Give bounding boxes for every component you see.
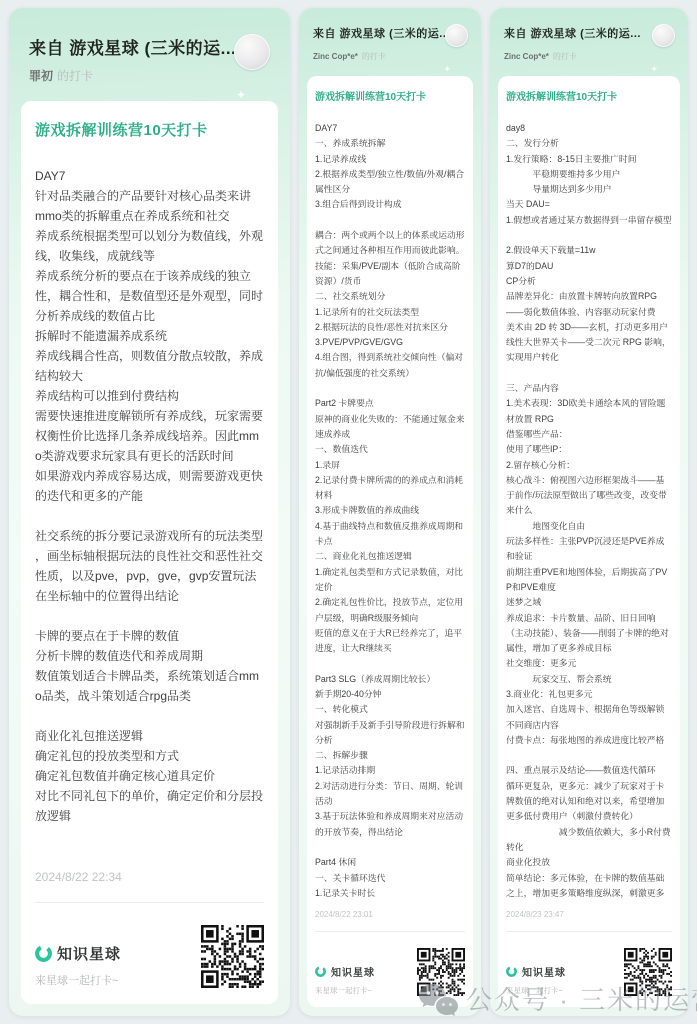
sparkle-icon: ✦ (267, 124, 274, 133)
post-body: day8 二、发行分析 1.发行策略：8-15日主要推广时间 平稳期要维持多少用… (506, 121, 672, 900)
checkin-card-1: 来自 游戏星球 (三米的运... 罪初的打卡 ✦ ✦ 游戏拆解训练营10天打卡 … (9, 8, 290, 1016)
brand-name: 知识星球 (57, 943, 121, 964)
card-source-title: 来自 游戏星球 (三米的运... (313, 25, 467, 41)
checkin-suffix: 的打卡 (553, 52, 577, 61)
checkin-card-2: 来自 游戏星球 (三米的运... Zinc Cop*e*的打卡 ✦ ✦ 游戏拆解… (299, 8, 481, 1016)
timestamp: 2024/8/23 23:47 (506, 910, 672, 919)
watermark-text: 公众号 · 三米的运营书屋 (466, 980, 697, 1017)
divider (315, 931, 465, 932)
checkin-suffix: 的打卡 (57, 69, 93, 83)
post-panel: 游戏拆解训练营10天打卡 DAY7 一、养成系统拆解 1.记录养成线 2.根据养… (307, 76, 473, 1007)
post-body: DAY7 针对品类融合的产品要针对核心品类来讲 mmo类的拆解重点在养成系统和社… (35, 166, 264, 856)
sparkle-icon: ✦ (673, 86, 678, 93)
share-image-canvas: 来自 游戏星球 (三米的运... 罪初的打卡 ✦ ✦ 游戏拆解训练营10天打卡 … (0, 0, 697, 1024)
sparkle-icon: ✦ (236, 88, 246, 102)
post-panel: 游戏拆解训练营10天打卡 DAY7 针对品类融合的产品要针对核心品类来讲 mmo… (21, 101, 278, 1004)
card-header: 来自 游戏星球 (三米的运... Zinc Cop*e*的打卡 ✦ ✦ (490, 8, 688, 64)
card-header: 来自 游戏星球 (三米的运... Zinc Cop*e*的打卡 ✦ ✦ (299, 8, 481, 64)
sparkle-icon: ✦ (443, 64, 451, 75)
camp-badge: 游戏拆解训练营10天打卡 (506, 88, 672, 103)
zsxq-logo-icon (315, 966, 326, 977)
brand-block: 知识星球 来星球一起打卡~ (35, 943, 121, 988)
avatar (234, 34, 270, 70)
avatar (445, 24, 468, 47)
card-author-line: Zinc Cop*e*的打卡 (313, 46, 467, 64)
card-header: 来自 游戏星球 (三米的运... 罪初的打卡 ✦ ✦ (9, 8, 290, 85)
card-author-line: Zinc Cop*e*的打卡 (504, 46, 674, 64)
card-footer: 知识星球 来星球一起打卡~ (35, 925, 264, 988)
card-author-line: 罪初的打卡 (29, 67, 270, 85)
timestamp: 2024/8/22 22:34 (35, 870, 264, 884)
brand-slogan: 来星球一起打卡~ (315, 985, 375, 996)
post-panel: 游戏拆解训练营10天打卡 day8 二、发行分析 1.发行策略：8-15日主要推… (498, 76, 680, 1007)
avatar (652, 24, 675, 47)
wechat-icon (418, 982, 458, 1016)
author-name: Zinc Cop*e* (313, 52, 358, 61)
divider (506, 931, 672, 932)
brand-block: 知识星球 来星球一起打卡~ (315, 964, 375, 996)
sparkle-icon: ✦ (650, 64, 658, 75)
cards-row: 来自 游戏星球 (三米的运... 罪初的打卡 ✦ ✦ 游戏拆解训练营10天打卡 … (0, 0, 697, 1024)
author-name: Zinc Cop*e* (504, 52, 549, 61)
zsxq-logo-icon (35, 945, 52, 962)
brand-name: 知识星球 (331, 964, 375, 979)
brand-slogan: 来星球一起打卡~ (35, 972, 121, 988)
timestamp: 2024/8/22 23:01 (315, 910, 465, 919)
author-name: 罪初 (29, 69, 53, 83)
watermark: 公众号 · 三米的运营书屋 (418, 980, 697, 1017)
checkin-suffix: 的打卡 (362, 52, 386, 61)
card-source-title: 来自 游戏星球 (三米的运... (504, 25, 674, 41)
sparkle-icon: ✦ (466, 86, 471, 93)
divider (35, 902, 264, 903)
zsxq-logo-icon (506, 966, 517, 977)
post-body: DAY7 一、养成系统拆解 1.记录养成线 2.根据养成类型/独立性/数值/外观… (315, 121, 465, 900)
brand-name: 知识星球 (522, 964, 566, 979)
camp-badge: 游戏拆解训练营10天打卡 (315, 88, 465, 103)
qr-code (201, 925, 264, 988)
checkin-card-3: 来自 游戏星球 (三米的运... Zinc Cop*e*的打卡 ✦ ✦ 游戏拆解… (490, 8, 688, 1016)
camp-badge: 游戏拆解训练营10天打卡 (35, 119, 264, 140)
